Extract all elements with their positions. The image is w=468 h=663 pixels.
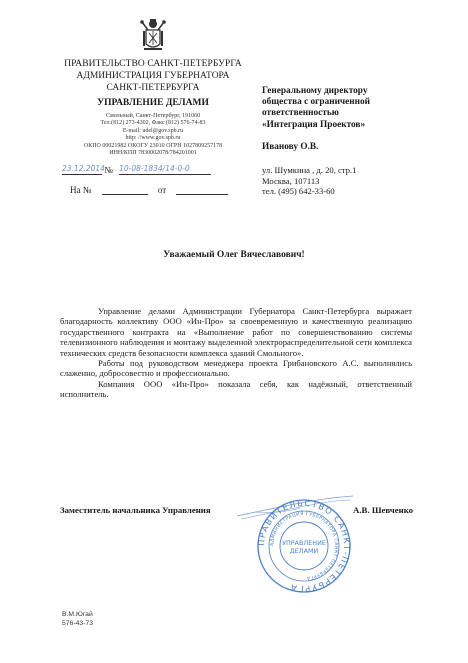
spb-coat-of-arms-icon <box>139 18 167 54</box>
addressee-position-1: Генеральному директору <box>262 86 442 97</box>
org-administration: АДМИНИСТРАЦИЯ ГУБЕРНАТОРА <box>58 70 248 82</box>
contact-block: Смольный, Санкт-Петербург, 191060 Тел.(8… <box>58 113 248 157</box>
signatory-name: А.В. Шевченко <box>353 505 413 515</box>
org-department: УПРАВЛЕНИЕ ДЕЛАМИ <box>58 97 248 109</box>
letterhead: ПРАВИТЕЛЬСТВО САНКТ-ПЕТЕРБУРГА АДМИНИСТР… <box>58 18 248 157</box>
contact-okpo: ОКПО 00021982 ОКОГУ 23010 ОГРН 102780925… <box>58 143 248 150</box>
executor-phone: 576-43-73 <box>62 620 93 629</box>
stamp-center-line1: УПРАВЛЕНИЕ <box>282 539 326 547</box>
body-paragraph: Работы под руководством менеджера проект… <box>60 358 412 379</box>
official-stamp-icon: ПРАВИТЕЛЬСТВО САНКТ-ПЕТЕРБУРГА АДМИНИСТР… <box>256 498 352 594</box>
registration-date: 23.12.2014 <box>62 164 102 175</box>
stamp-center-line2: ДЕЛАМИ <box>290 547 319 555</box>
addressee-name: Иванову О.В. <box>262 142 442 153</box>
contact-website: http: //www.gov.spb.ru <box>58 135 248 142</box>
addressee-city: Москва, 107113 <box>262 176 442 187</box>
ref-number-label: На № <box>70 185 91 195</box>
body-paragraph: Компания ООО «Ин-Про» показала себя, как… <box>60 379 412 400</box>
addressee-position-2: общества с ограниченной <box>262 97 442 108</box>
org-city: САНКТ-ПЕТЕРБУРГА <box>58 82 248 94</box>
reference-line: На № от <box>70 184 228 195</box>
addressee-street: ул. Шумкина , д. 20, стр.1 <box>262 165 442 176</box>
ref-number-field <box>102 184 148 195</box>
letter-body: Управление делами Администрации Губернат… <box>60 306 412 400</box>
signatory-title: Заместитель начальника Управления <box>60 505 211 515</box>
body-paragraph: Управление делами Администрации Губернат… <box>60 306 412 358</box>
ref-date-field <box>176 184 228 195</box>
executor-name: В.М.Югай <box>62 611 93 620</box>
contact-phone: Тел.(812) 273-4302, Факс (812) 576-74-83 <box>58 120 248 127</box>
contact-inn: ИНН/КПП 7830002078/784201001 <box>58 150 248 157</box>
registration-number: 10-08-1834/14-0-0 <box>119 164 211 175</box>
addressee-block: Генеральному директору общества с ограни… <box>262 86 442 197</box>
contact-email: E-mail: udel@gov.spb.ru <box>58 128 248 135</box>
greeting: Уважаемый Олег Вячеславович! <box>0 250 468 260</box>
registration-date-number: 23.12.2014 № 10-08-1834/14-0-0 <box>62 164 252 178</box>
number-label: № <box>104 165 113 175</box>
addressee-company: «Интеграция Проектов» <box>262 120 442 131</box>
ref-from-label: от <box>158 185 166 195</box>
org-government: ПРАВИТЕЛЬСТВО САНКТ-ПЕТЕРБУРГА <box>58 58 248 70</box>
executor-block: В.М.Югай 576-43-73 <box>62 611 93 628</box>
addressee-position-3: ответственностью <box>262 108 442 119</box>
addressee-phone: тел. (495) 642-33-60 <box>262 186 442 197</box>
